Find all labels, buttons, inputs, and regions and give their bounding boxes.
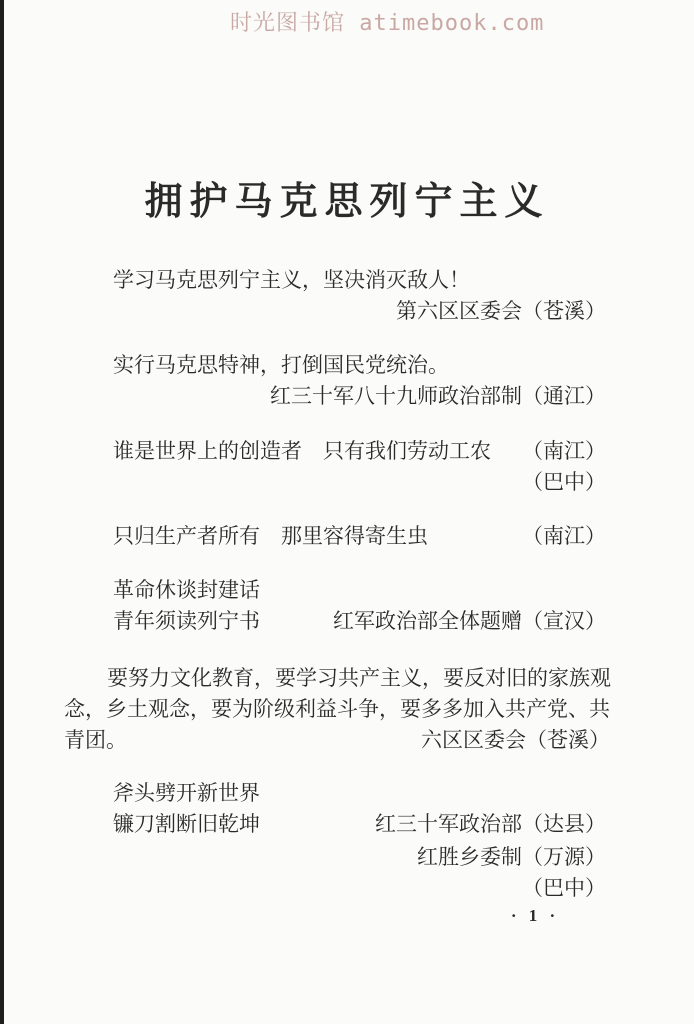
book-page: 时光图书馆 atimebook.com 拥护马克思列宁主义 学习马克思列宁主义，… [0, 0, 694, 1024]
attribution-line: 红三十军八十九师政治部制（通江） [113, 384, 606, 410]
attribution-line: 红胜乡委制（万源） [113, 845, 606, 871]
slogan-text: 革命休谈封建话 [113, 578, 260, 602]
paragraph-line: 青团。 六区区委会（苍溪） [64, 728, 610, 754]
attribution-text: 六区区委会（苍溪） [421, 728, 610, 752]
attribution-text: 红军政治部全体题赠（宣汉） [333, 609, 606, 633]
slogan-text: 镰刀割断旧乾坤 [113, 812, 260, 836]
watermark-text: 时光图书馆 atimebook.com [230, 6, 544, 37]
slogan-text: 斧头劈开新世界 [113, 781, 260, 805]
slogan-line: 斧头劈开新世界 [113, 781, 606, 807]
attribution-text: 第六区区委会（苍溪） [396, 299, 606, 323]
slogan-line: 镰刀割断旧乾坤 红三十军政治部（达县） [113, 812, 606, 838]
slogan-line: 谁是世界上的创造者 只有我们劳动工农 （南江） [113, 439, 606, 465]
attribution-text: （巴中） [522, 470, 606, 494]
slogan-text: 学习马克思列宁主义，坚决消灭敌人！ [113, 268, 470, 292]
attribution-text: 红三十军政治部（达县） [375, 812, 606, 836]
slogan-text: 只归生产者所有 那里容得寄生虫 [113, 524, 428, 548]
paragraph-line: 要努力文化教育，要学习共产主义，要反对旧的家族观 [64, 666, 610, 692]
attribution-text: （南江） [522, 439, 606, 463]
slogan-line: 青年须读列宁书 红军政治部全体题赠（宣汉） [113, 609, 606, 635]
slogan-text: 实行马克思特神，打倒国民党统治。 [113, 353, 449, 377]
slogan-line: 学习马克思列宁主义，坚决消灭敌人！ [113, 268, 606, 294]
attribution-text: 红三十军八十九师政治部制（通江） [270, 384, 606, 408]
paragraph-line: 念，乡土观念，要为阶级利益斗争，要多多加入共产党、共 [64, 697, 610, 723]
attribution-text: （巴中） [522, 876, 606, 900]
slogan-line: 只归生产者所有 那里容得寄生虫 （南江） [113, 524, 606, 550]
attribution-text: 红胜乡委制（万源） [417, 845, 606, 869]
attribution-line: 第六区区委会（苍溪） [113, 299, 606, 325]
slogan-text: 青年须读列宁书 [113, 609, 260, 633]
page-title: 拥护马克思列宁主义 [0, 170, 694, 225]
attribution-line: （巴中） [113, 876, 606, 902]
paragraph-text: 青团。 [64, 728, 127, 752]
attribution-line: （巴中） [113, 470, 606, 496]
attribution-text: （南江） [522, 524, 606, 548]
slogan-line: 革命休谈封建话 [113, 578, 606, 604]
slogan-line: 实行马克思特神，打倒国民党统治。 [113, 353, 606, 379]
paragraph-text: 念，乡土观念，要为阶级利益斗争，要多多加入共产党、共 [64, 697, 610, 721]
paragraph-text: 要努力文化教育，要学习共产主义，要反对旧的家族观 [64, 666, 611, 690]
scan-edge-strip [0, 0, 4, 1024]
slogan-text: 谁是世界上的创造者 只有我们劳动工农 [113, 439, 491, 463]
page-number: · 1 · [490, 906, 580, 926]
